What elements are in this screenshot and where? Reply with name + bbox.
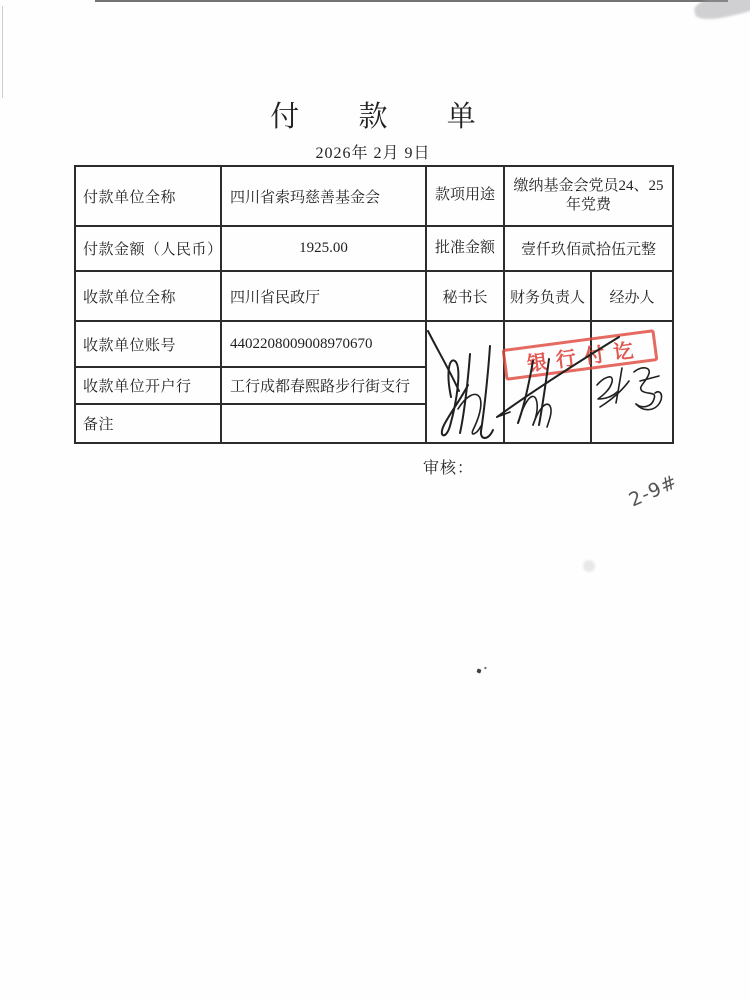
scan-edge-top: [95, 0, 728, 2]
bank-label: 收款单位开户行: [75, 367, 221, 404]
payment-form-table: 付款单位全称 四川省索玛慈善基金会 款项用途 缴纳基金会党员24、25年党费 付…: [74, 165, 674, 444]
purpose-label: 款项用途: [426, 166, 504, 226]
handler-label: 经办人: [591, 271, 673, 321]
amount-label: 付款金额（人民币）: [75, 226, 221, 271]
amount-value: 1925.00: [221, 226, 426, 271]
page-title: 付 款 单: [74, 94, 672, 135]
account-value: 4402208009008970670: [221, 321, 426, 367]
approved-value: 壹仟玖佰贰拾伍元整: [504, 226, 673, 271]
secretary-label: 秘书长: [426, 271, 504, 321]
purpose-value: 缴纳基金会党员24、25年党费: [504, 166, 673, 226]
payer-name-value: 四川省索玛慈善基金会: [221, 166, 426, 226]
payee-name-value: 四川省民政厅: [221, 271, 426, 321]
handwritten-note: 2-9#: [626, 471, 681, 512]
payee-name-label: 收款单位全称: [75, 271, 221, 321]
table-row: 收款单位全称 四川省民政厅 秘书长 财务负责人 经办人: [75, 271, 673, 321]
remarks-value: [221, 404, 426, 443]
approved-label: 批准金额: [426, 226, 504, 271]
secretary-signature-cell: [426, 321, 504, 443]
account-label: 收款单位账号: [75, 321, 221, 367]
table-row: 付款单位全称 四川省索玛慈善基金会 款项用途 缴纳基金会党员24、25年党费: [75, 166, 673, 226]
ink-speck: [476, 668, 481, 673]
payment-slip-page: 付 款 单 2026年 2月 9日 付款单位全称 四川省索玛慈善基金会 款项用途…: [0, 0, 750, 1000]
remarks-label: 备注: [75, 404, 221, 443]
finance-officer-label: 财务负责人: [504, 271, 591, 321]
payer-name-label: 付款单位全称: [75, 166, 221, 226]
scan-edge-left: [2, 6, 3, 98]
review-label: 审核：: [423, 455, 474, 478]
document-date: 2026年 2月 9日: [74, 140, 672, 163]
scan-smudge-top-right: [692, 0, 750, 23]
faint-smudge: [583, 560, 595, 572]
bank-value: 工行成都春熙路步行街支行: [221, 367, 426, 404]
table-row: 付款金额（人民币） 1925.00 批准金额 壹仟玖佰贰拾伍元整: [75, 226, 673, 271]
